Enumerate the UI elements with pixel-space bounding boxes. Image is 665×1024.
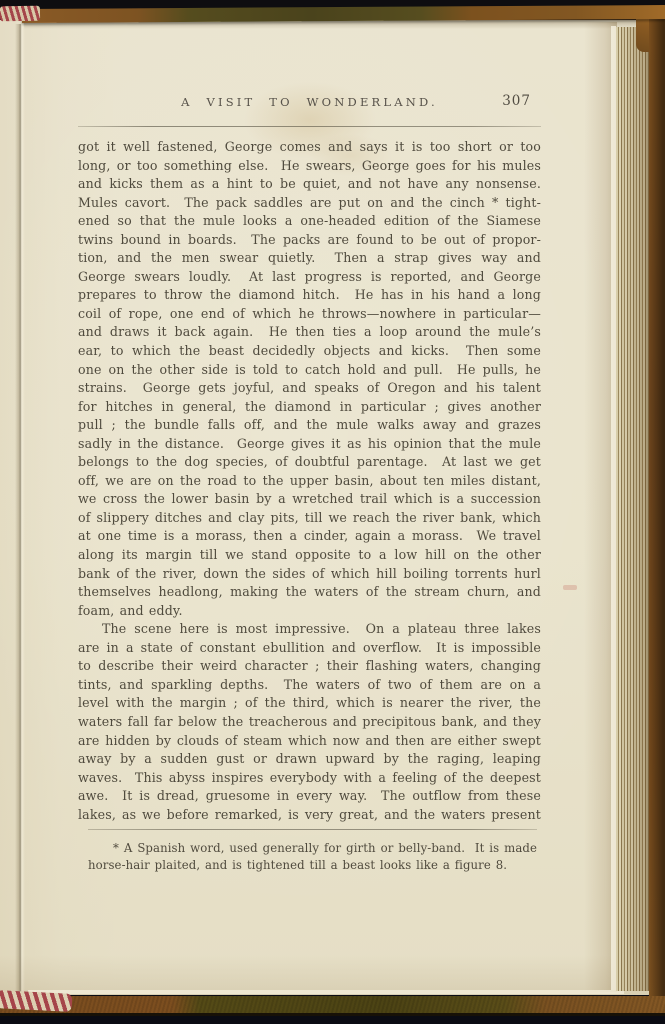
body-line: sadly in the distance. George gives it a… — [78, 435, 541, 454]
running-title: A VISIT TO WONDERLAND. — [78, 92, 541, 112]
footnote-line: horse-hair plaited, and is tightened til… — [88, 857, 537, 874]
footnote-rule — [88, 829, 537, 830]
body-line: got it well fastened, George comes and s… — [78, 138, 541, 157]
body-line: and draws it back again. He then ties a … — [78, 323, 541, 342]
paragraph: got it well fastened, George comes and s… — [78, 138, 541, 620]
body-line: along its margin till we stand opposite … — [78, 546, 541, 565]
body-line: level with the margin ; of the third, wh… — [78, 694, 541, 713]
body-line: tints, and sparkling depths. The waters … — [78, 676, 541, 695]
body-line: at one time is a morass, then a cinder, … — [78, 527, 541, 546]
body-line: foam, and eddy. — [78, 602, 541, 621]
body-line: waters fall far below the treacherous an… — [78, 713, 541, 732]
body-line: twins bound in boards. The packs are fou… — [78, 231, 541, 250]
headband-bottom — [0, 990, 72, 1012]
body-line: away by a sudden gust or drawn upward by… — [78, 750, 541, 769]
footnote-line: * A Spanish word, used generally for gir… — [88, 840, 537, 857]
body-line: awe. It is dread, gruesome in every way.… — [78, 787, 541, 806]
fore-edge-pages — [616, 27, 650, 991]
body-text: got it well fastened, George comes and s… — [78, 138, 541, 824]
body-line: strains. George gets joyful, and speaks … — [78, 379, 541, 398]
body-line: off, we are on the road to the upper bas… — [78, 472, 541, 491]
body-line: George swears loudly. At last progress i… — [78, 268, 541, 287]
body-line: one on the other side is told to catch h… — [78, 361, 541, 380]
body-line: coil of rope, one end of which he throws… — [78, 305, 541, 324]
body-line: belongs to the dog species, of doubtful … — [78, 453, 541, 472]
body-line: ear, to which the beast decidedly object… — [78, 342, 541, 361]
photo-frame: A VISIT TO WONDERLAND. 307 got it well f… — [0, 0, 665, 1024]
body-line: are in a state of constant ebullition an… — [78, 639, 541, 658]
paragraph: The scene here is most impressive. On a … — [78, 620, 541, 824]
book-cover-bottom-edge — [0, 996, 665, 1016]
body-line: pull ; the bundle falls off, and the mul… — [78, 416, 541, 435]
body-line: themselves headlong, making the waters o… — [78, 583, 541, 602]
body-line: to describe their weird character ; thei… — [78, 657, 541, 676]
body-line: The scene here is most impressive. On a … — [78, 620, 541, 639]
body-line: and kicks them as a hint to be quiet, an… — [78, 175, 541, 194]
page-number: 307 — [502, 91, 531, 111]
body-line: for hitches in general, the diamond in p… — [78, 398, 541, 417]
body-line: waves. This abyss inspires everybody wit… — [78, 769, 541, 788]
body-line: bank of the river, down the sides of whi… — [78, 565, 541, 584]
body-line: of slippery ditches and clay pits, till … — [78, 509, 541, 528]
body-line: long, or too something else. He swears, … — [78, 157, 541, 176]
body-line: Mules cavort. The pack saddles are put o… — [78, 194, 541, 213]
headband-top — [0, 6, 40, 22]
page-text: A VISIT TO WONDERLAND. 307 got it well f… — [0, 0, 650, 995]
body-line: we cross the lower basin by a wretched t… — [78, 490, 541, 509]
body-line: ened so that the mule looks a one-headed… — [78, 212, 541, 231]
header-rule — [78, 126, 541, 127]
body-line: lakes, as we before remarked, is very gr… — [78, 806, 541, 825]
footnote: * A Spanish word, used generally for gir… — [88, 840, 537, 873]
page-header: A VISIT TO WONDERLAND. 307 — [78, 92, 541, 112]
body-line: tion, and the men swear quietly. Then a … — [78, 249, 541, 268]
body-line: prepares to throw the diamond hitch. He … — [78, 286, 541, 305]
book-cover-right-edge — [649, 6, 665, 1013]
body-line: are hidden by clouds of steam which now … — [78, 732, 541, 751]
